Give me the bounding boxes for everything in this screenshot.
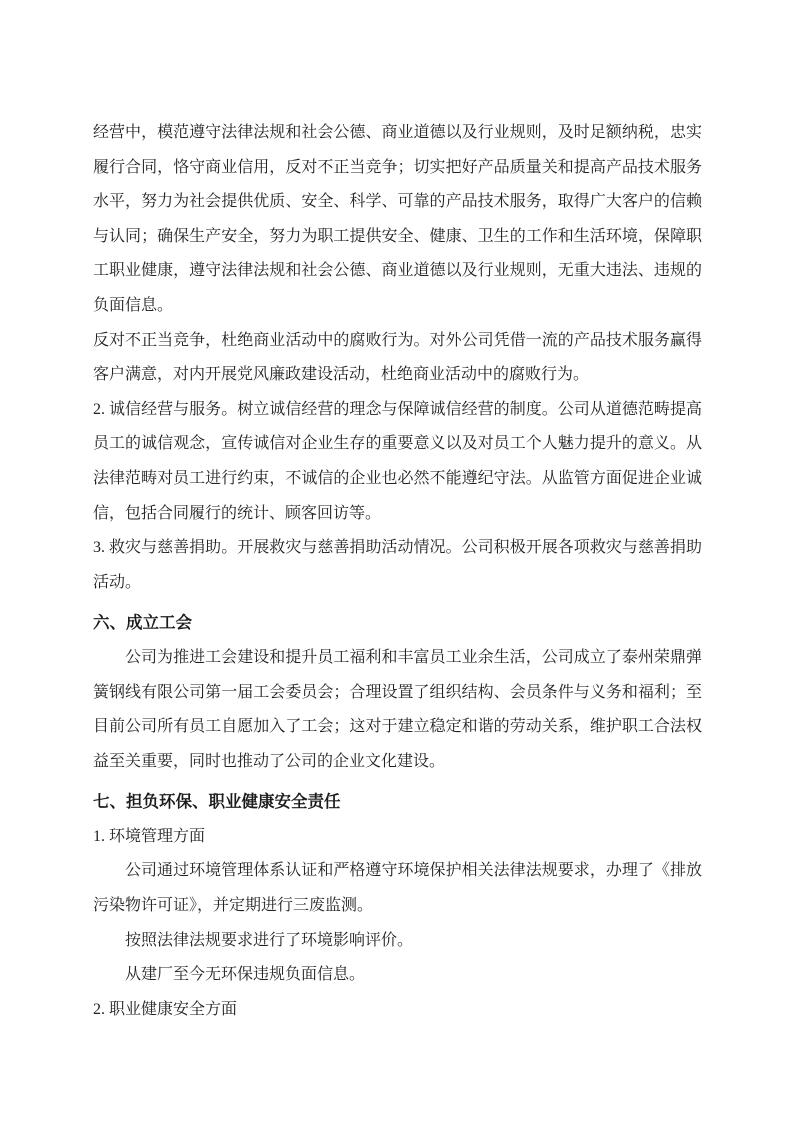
list-item-occupational-health-safety: 2. 职业健康安全方面 xyxy=(93,993,702,1028)
body-paragraph-no-violation: 从建厂至今无环保违规负面信息。 xyxy=(93,958,702,993)
list-item-environment-management: 1. 环境管理方面 xyxy=(93,820,702,855)
body-paragraph-labor-union: 公司为推进工会建设和提升员工福利和丰富员工业余生活，公司成立了泰州荣鼎弹簧钢线有… xyxy=(93,641,702,779)
body-paragraph-environment-assessment: 按照法律法规要求进行了环境影响评价。 xyxy=(93,924,702,959)
section-heading-labor-union: 六、成立工会 xyxy=(93,606,702,641)
body-paragraph-anti-corruption: 反对不正当竞争，杜绝商业活动中的腐败行为。对外公司凭借一流的产品技术服务赢得客户… xyxy=(93,324,702,393)
section-heading-environment-health-safety: 七、担负环保、职业健康安全责任 xyxy=(93,785,702,820)
body-paragraph-integrity-service: 2. 诚信经营与服务。树立诚信经营的理念与保障诚信经营的制度。公司从道德范畴提高… xyxy=(93,393,702,531)
body-paragraph-environment-certification: 公司通过环境管理体系认证和严格遵守环境保护相关法律法规要求，办理了《排放污染物许… xyxy=(93,854,702,923)
body-paragraph-operations-compliance: 经营中，模范遵守法律法规和社会公德、商业道德以及行业规则，及时足额纳税，忠实履行… xyxy=(93,116,702,324)
body-paragraph-disaster-charity: 3. 救灾与慈善捐助。开展救灾与慈善捐助活动情况。公司积极开展各项救灾与慈善捐助… xyxy=(93,531,702,600)
document-page: 经营中，模范遵守法律法规和社会公德、商业道德以及行业规则，及时足额纳税，忠实履行… xyxy=(0,0,794,1123)
